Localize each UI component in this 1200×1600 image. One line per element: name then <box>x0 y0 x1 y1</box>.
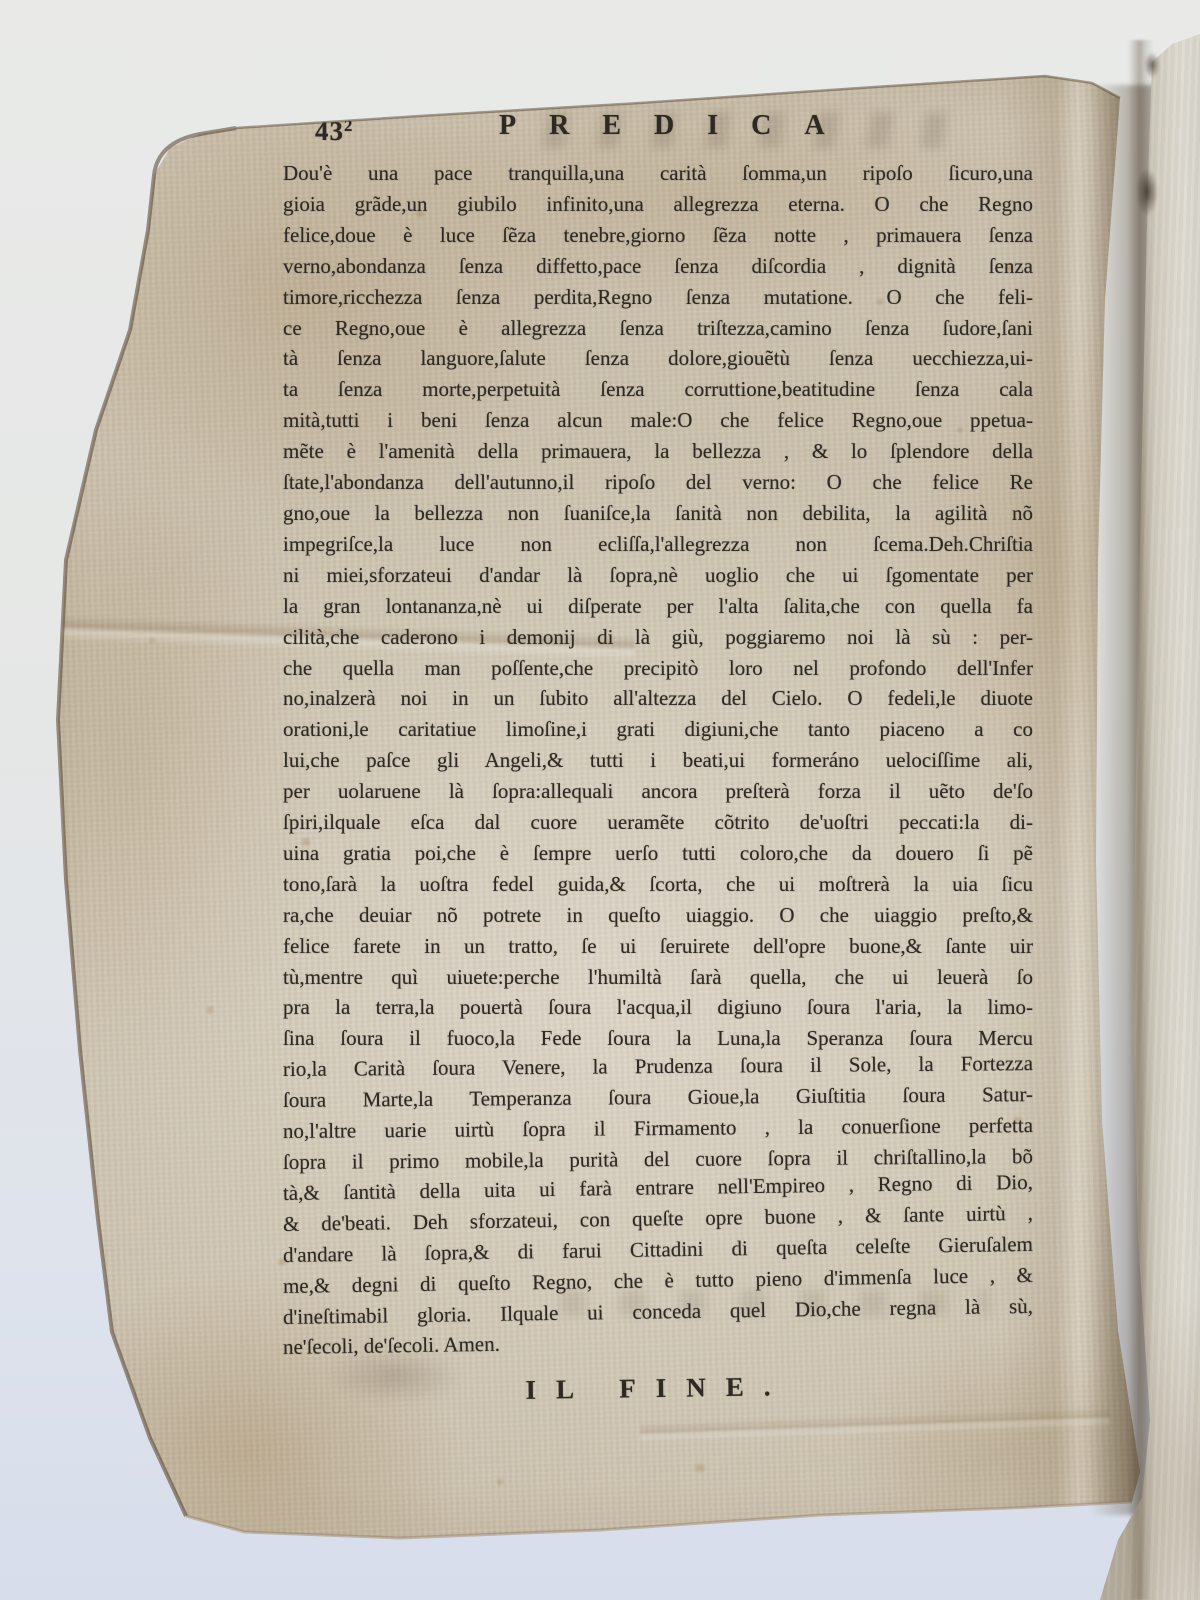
text-line: uina gratia poi,che è ſempre uerſo tutti… <box>283 838 1033 869</box>
book-page: 432 PREDICA Dou'è una pace tranquilla,un… <box>0 0 1200 1600</box>
text-line: ſtate,l'abondanza dell'autunno,il ripoſo… <box>283 467 1033 498</box>
text-line: orationi,le caritatiue limoſine,i grati … <box>283 714 1033 745</box>
text-line: ſpiri,ilquale eſca dal cuore ueramẽte cõ… <box>283 807 1033 838</box>
text-line: impegriſce,la luce non ecliſſa,l'allegre… <box>283 529 1033 560</box>
text-line: ni miei,sforzateui d'andar là ſopra,nè u… <box>283 560 1033 591</box>
text-line: felice farete in un tratto, ſe ui ſeruir… <box>283 931 1033 962</box>
text-line: tù,mentre quì uiuete:perche l'humiltà ſa… <box>283 962 1033 993</box>
il-fine-colophon: IL FINE. <box>283 1368 1033 1409</box>
printed-text-block: 432 PREDICA Dou'è una pace tranquilla,un… <box>283 108 1033 1404</box>
text-line: tono,ſarà la uoſtra fedel guida,& ſcorta… <box>283 869 1033 900</box>
text-line: tà ſenza languore,ſalute ſenza dolore,gi… <box>283 343 1033 374</box>
text-line: pra la terra,la pouertà ſoura l'acqua,il… <box>283 992 1033 1023</box>
body-text: Dou'è una pace tranquilla,una carità ſom… <box>283 158 1033 1363</box>
text-line: che quella man poſſente,che precipitò lo… <box>283 653 1033 684</box>
text-line: ta ſenza morte,perpetuità ſenza corrutti… <box>283 374 1033 405</box>
cover-seam <box>1128 40 1154 1600</box>
text-line: cilità,che caderono i demonij di là giù,… <box>283 622 1033 653</box>
text-line: ce Regno,oue è allegrezza ſenza triſtezz… <box>283 313 1033 344</box>
text-line: mẽte è l'amenità della primauera, la bel… <box>283 436 1033 467</box>
text-line: per uolaruene là ſopra:allequali ancora … <box>283 776 1033 807</box>
page-number: 432 <box>315 116 353 147</box>
photo-background: 432 PREDICA Dou'è una pace tranquilla,un… <box>0 0 1200 1600</box>
text-line: no,inalzerà noi in un ſubito all'altezza… <box>283 683 1033 714</box>
text-line: la gran lontananza,nè ui diſperate per l… <box>283 591 1033 622</box>
text-line: gioia grãde,un giubilo infinito,una alle… <box>283 189 1033 220</box>
gutter-dark-spot <box>1136 168 1158 216</box>
text-line: verno,abondanza ſenza diffetto,pace ſenz… <box>283 251 1033 282</box>
running-title: PREDICA <box>499 110 858 142</box>
text-line: mità,tutti i beni ſenza alcun male:O che… <box>283 405 1033 436</box>
text-line: ra,che deuiar nõ potrete in queſto uiagg… <box>283 900 1033 931</box>
gutter-dark-spot-small <box>1144 52 1160 78</box>
page-header: 432 PREDICA <box>283 108 1033 156</box>
text-line: lui,che paſce gli Angeli,& tutti i beati… <box>283 745 1033 776</box>
text-line: gno,oue la bellezza non ſuaniſce,la ſani… <box>283 498 1033 529</box>
text-line: timore,ricchezza ſenza perdita,Regno ſen… <box>283 282 1033 313</box>
text-line: felice,doue è luce ſẽza tenebre,giorno ſ… <box>283 220 1033 251</box>
text-line: Dou'è una pace tranquilla,una carità ſom… <box>283 158 1033 189</box>
